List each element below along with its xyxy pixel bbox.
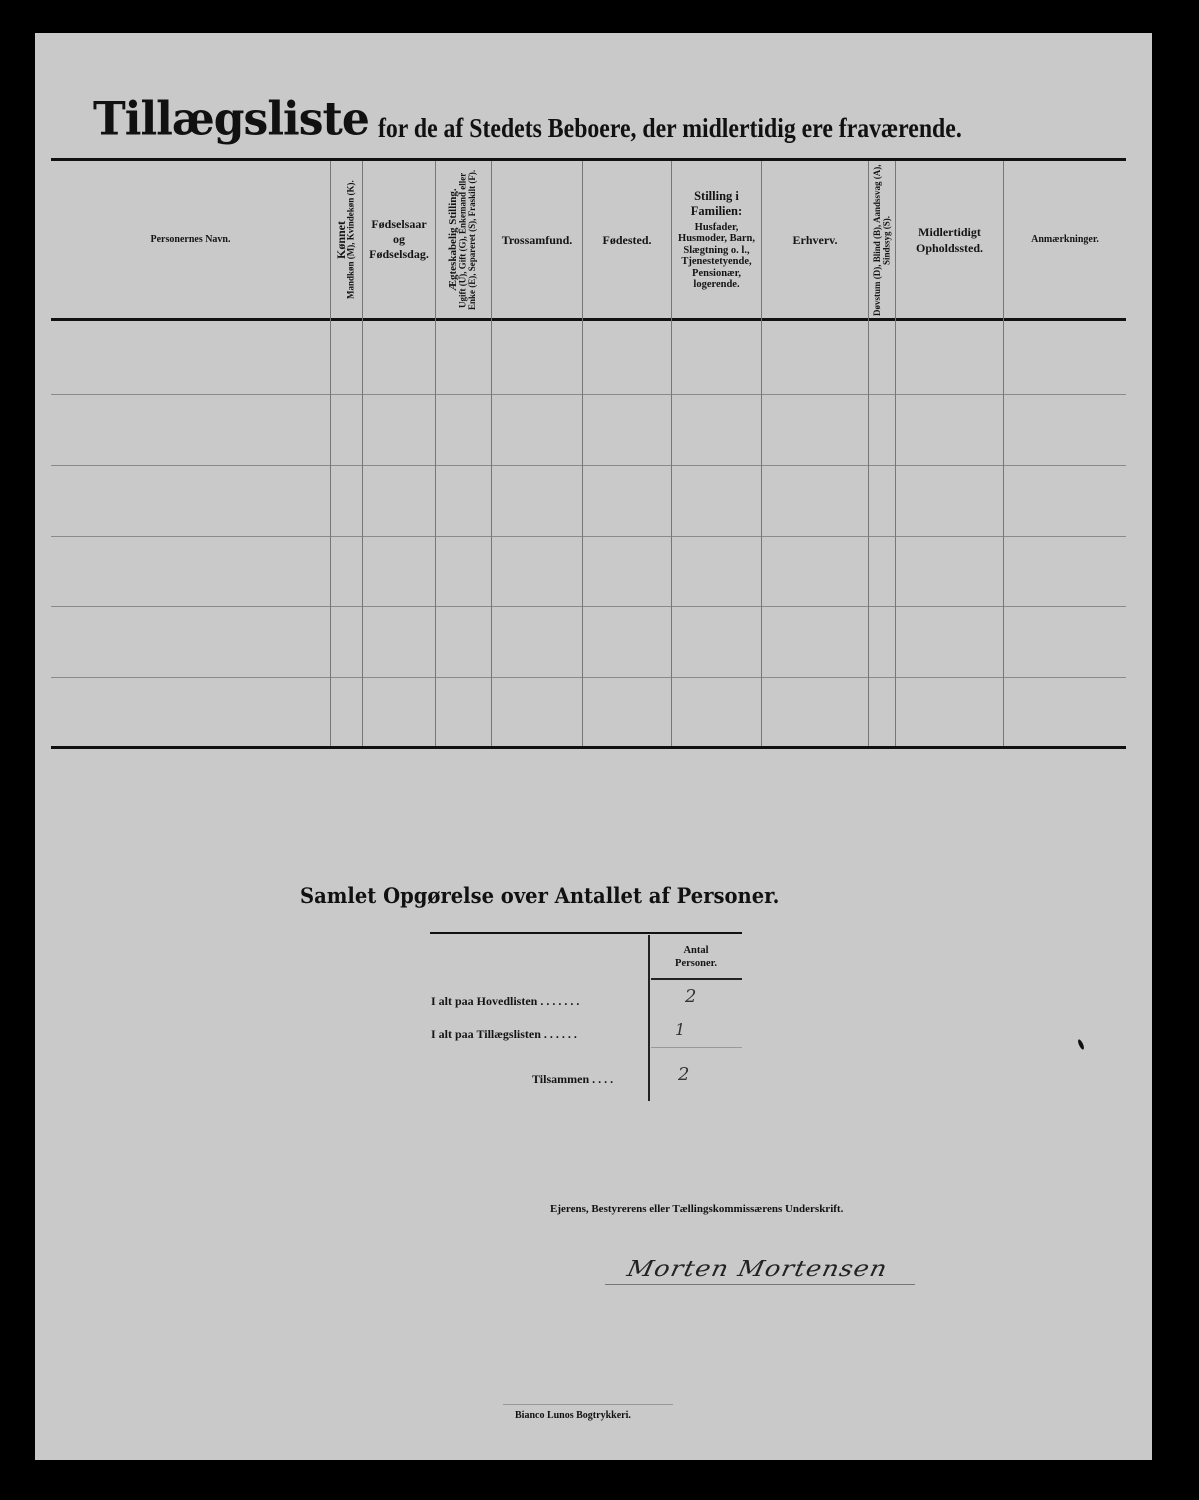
header-birth: Fødselsaar og Fødselsdag. xyxy=(363,161,435,318)
footer-rule xyxy=(503,1404,673,1405)
signature-value: Morten Mortensen xyxy=(625,1257,890,1282)
ink-spot xyxy=(1077,1039,1085,1051)
signature-label: Ejerens, Bestyrerens eller Tællingskommi… xyxy=(550,1203,843,1215)
summary-column-header: Antal Personer. xyxy=(651,938,741,976)
summary-row-main-list-label: I alt paa Hovedlisten . . . . . . . xyxy=(431,994,579,1009)
summary-column-divider xyxy=(648,935,650,1101)
summary-row-main-list-value: 2 xyxy=(685,986,696,1007)
header-family-position: Stilling i Familien: Husfader, Husmoder,… xyxy=(672,161,761,318)
summary-row-supplement-label: I alt paa Tillægslisten . . . . . . xyxy=(431,1027,577,1042)
header-disability: Døvstum (D), Blind (B), Aandssvag (A), S… xyxy=(869,161,895,318)
header-birthplace: Fødested. xyxy=(583,161,671,318)
printer-imprint: Bianco Lunos Bogtrykkeri. xyxy=(515,1410,631,1421)
signature-line xyxy=(605,1284,915,1285)
census-form-page: Tillægsliste for de af Stedets Beboere, … xyxy=(35,33,1152,1460)
table-bottom-rule xyxy=(51,746,1126,749)
header-sex-sub: Mandkøn (M), Kvindekøn (K). xyxy=(346,180,356,299)
summary-header-rule xyxy=(651,978,742,980)
table-body xyxy=(51,321,330,746)
header-occupation: Erhverv. xyxy=(762,161,868,318)
summary-row-total-value: 2 xyxy=(678,1064,689,1085)
summary-subtotal-rule xyxy=(651,1047,742,1048)
header-religion: Trossamfund. xyxy=(492,161,582,318)
summary-title: Samlet Opgørelse over Antallet af Person… xyxy=(300,883,779,908)
summary-row-supplement-value: 1 xyxy=(675,1020,685,1039)
summary-top-rule xyxy=(430,932,742,934)
header-name: Personernes Navn. xyxy=(51,161,330,318)
header-family-sub: Husfader, Husmoder, Barn, Slægtning o. l… xyxy=(675,222,759,291)
header-family-main: Stilling i Familien: xyxy=(682,189,752,219)
header-sex: Kønnet Mandkøn (M), Kvindekøn (K). xyxy=(331,161,362,318)
form-title-sub: for de af Stedets Beboere, der midlertid… xyxy=(378,113,833,143)
summary-row-total-label: Tilsammen . . . . xyxy=(532,1072,613,1087)
header-marital: Ægteskabelig Stilling. Ugift (U), Gift (… xyxy=(436,161,491,318)
form-title-emphasis: fraværende. xyxy=(839,113,962,143)
header-marital-sub: Ugift (U), Gift (G), Enkemand eller Enke… xyxy=(458,169,478,309)
header-remarks: Anmærkninger. xyxy=(1004,161,1126,318)
form-title-subtitle: for de af Stedets Beboere, der midlertid… xyxy=(378,113,962,143)
header-temp-residence: Midlertidigt Opholdssted. xyxy=(896,161,1003,318)
form-title-main: Tillægsliste xyxy=(93,94,369,147)
